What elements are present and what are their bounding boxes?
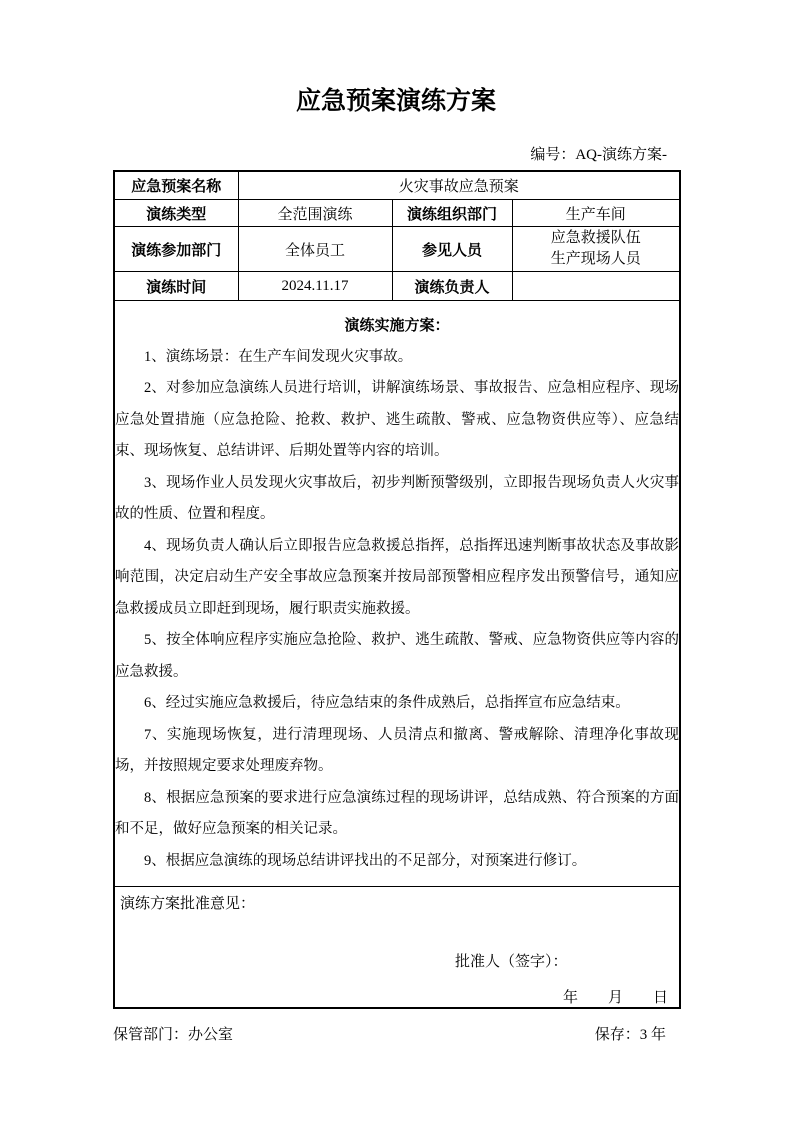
plan-paragraph-9: 9、根据应急演练的现场总结讲评找出的不足部分，对预案进行修订。	[115, 846, 679, 878]
drill-time-value: 2024.11.17	[238, 272, 392, 301]
participating-dept-value: 全体员工	[238, 227, 392, 272]
drill-info-table: 应急预案名称 火灾事故应急预案 演练类型 全范围演练 演练组织部门 生产车间 演…	[113, 170, 681, 1009]
doc-number: 编号：AQ-演练方案-	[113, 145, 679, 165]
approval-heading: 演练方案批准意见：	[120, 892, 255, 913]
storage-dept-note: 保管部门：办公室	[113, 1026, 233, 1044]
plan-paragraph-4: 4、现场负责人确认后立即报告应急救援总指挥，总指挥迅速判断事故状态及事故影响范围…	[115, 531, 679, 626]
document-page: 应急预案演练方案 编号：AQ-演练方案- 应急预案名称 火灾事故应急预案 演练类…	[0, 0, 793, 1122]
plan-paragraph-3: 3、现场作业人员发现火灾事故后，初步判断预警级别，立即报告现场负责人火灾事故的性…	[115, 468, 679, 531]
table-row-approval: 演练方案批准意见： 批准人（签字）： 年 月 日	[114, 887, 680, 1009]
participants-value: 应急救援队伍 生产现场人员	[512, 227, 680, 272]
plan-name-label: 应急预案名称	[114, 171, 238, 200]
table-row-drill-time: 演练时间 2024.11.17 演练负责人	[114, 272, 680, 301]
implementation-plan-cell: 演练实施方案： 1、演练场景：在生产车间发现火灾事故。 2、对参加应急演练人员进…	[114, 301, 680, 887]
page-title: 应急预案演练方案	[113, 0, 679, 118]
plan-paragraph-6: 6、经过实施应急救援后，待应急结束的条件成熟后，总指挥宣布应急结束。	[115, 688, 679, 720]
table-row-plan-name: 应急预案名称 火灾事故应急预案	[114, 171, 680, 200]
document-content: 应急预案演练方案 编号：AQ-演练方案- 应急预案名称 火灾事故应急预案 演练类…	[113, 0, 679, 1009]
drill-leader-label: 演练负责人	[392, 272, 512, 301]
drill-time-label: 演练时间	[114, 272, 238, 301]
approver-signature-label: 批准人（签字）：	[455, 950, 568, 971]
approval-cell: 演练方案批准意见： 批准人（签字）： 年 月 日	[114, 887, 680, 1009]
participants-label: 参见人员	[392, 227, 512, 272]
table-row-participants: 演练参加部门 全体员工 参见人员 应急救援队伍 生产现场人员	[114, 227, 680, 272]
drill-leader-value	[512, 272, 680, 301]
drill-type-label: 演练类型	[114, 200, 238, 227]
plan-name-value: 火灾事故应急预案	[238, 171, 680, 200]
retention-period-note: 保存：3 年	[595, 1026, 679, 1044]
participants-value-line2: 生产现场人员	[513, 249, 680, 270]
document-footer: 保管部门：办公室 保存：3 年	[113, 1026, 679, 1044]
plan-paragraph-8: 8、根据应急预案的要求进行应急演练过程的现场讲评，总结成熟、符合预案的方面和不足…	[115, 783, 679, 846]
plan-paragraph-1: 1、演练场景：在生产车间发现火灾事故。	[115, 342, 679, 374]
plan-paragraph-2: 2、对参加应急演练人员进行培训，讲解演练场景、事故报告、应急相应程序、现场应急处…	[115, 373, 679, 468]
table-row-drill-type: 演练类型 全范围演练 演练组织部门 生产车间	[114, 200, 680, 227]
participants-value-line1: 应急救援队伍	[513, 228, 680, 249]
implementation-plan-heading: 演练实施方案：	[115, 310, 679, 342]
plan-paragraph-7: 7、实施现场恢复，进行清理现场、人员清点和撤离、警戒解除、清理净化事故现场，并按…	[115, 720, 679, 783]
organizing-dept-value: 生产车间	[512, 200, 680, 227]
organizing-dept-label: 演练组织部门	[392, 200, 512, 227]
participating-dept-label: 演练参加部门	[114, 227, 238, 272]
drill-type-value: 全范围演练	[238, 200, 392, 227]
table-row-plan-body: 演练实施方案： 1、演练场景：在生产车间发现火灾事故。 2、对参加应急演练人员进…	[114, 301, 680, 887]
approval-date-line: 年 月 日	[563, 986, 668, 1007]
plan-paragraph-5: 5、按全体响应程序实施应急抢险、救护、逃生疏散、警戒、应急物资供应等内容的应急救…	[115, 625, 679, 688]
